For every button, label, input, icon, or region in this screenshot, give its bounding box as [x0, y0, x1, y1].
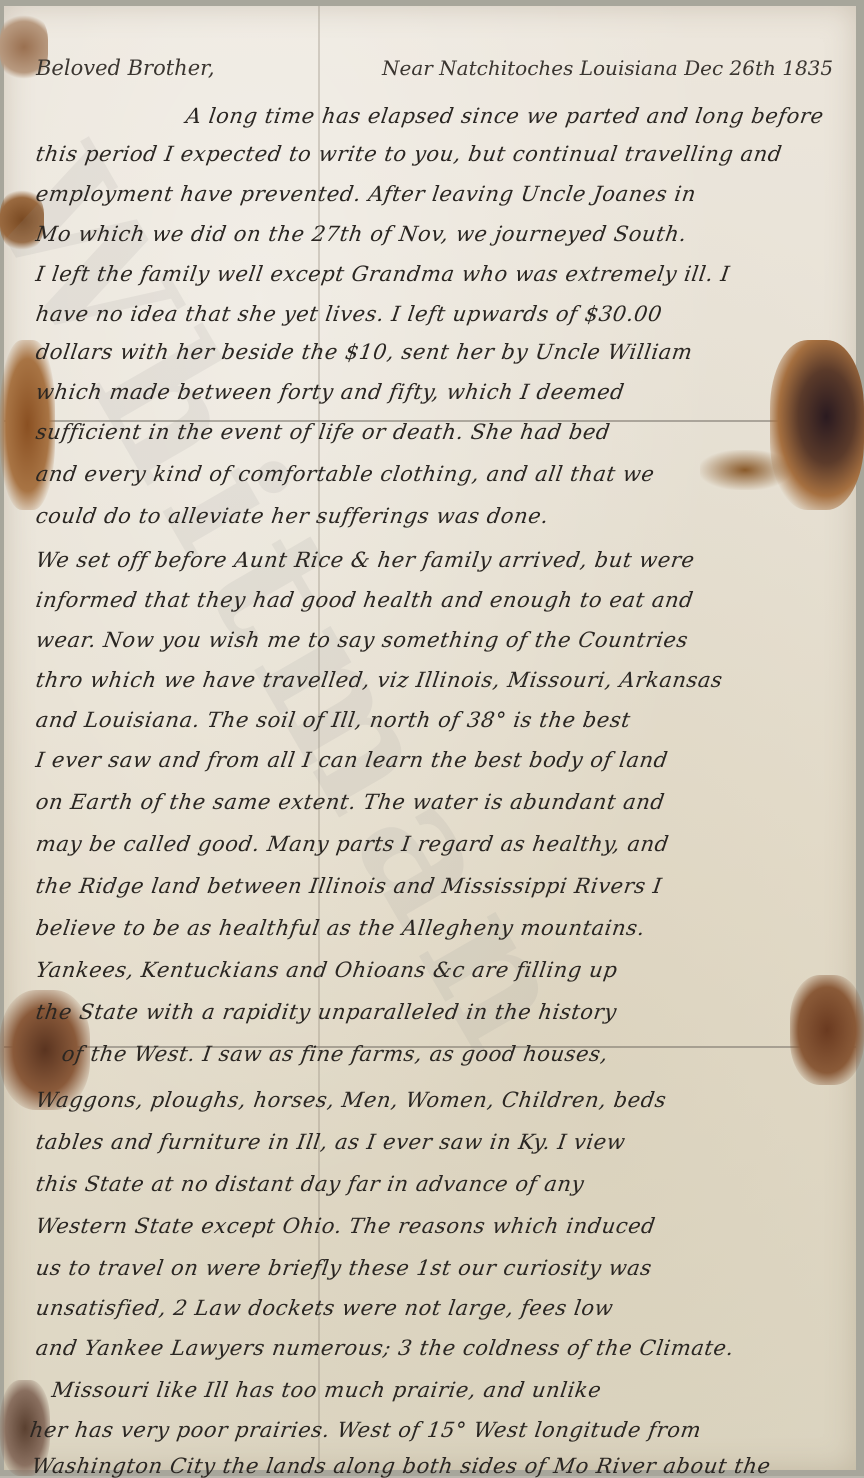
letter-line: this State at no distant day far in adva… — [34, 1172, 586, 1196]
letter-line: I ever saw and from all I can learn the … — [34, 748, 669, 772]
stain-right-mid — [770, 340, 864, 510]
letter-line: this period I expected to write to you, … — [34, 142, 783, 166]
letter-line: Yankees, Kentuckians and Ohioans &c are … — [34, 958, 619, 982]
letter-line: Missouri like Ill has too much prairie, … — [50, 1378, 603, 1402]
letter-line: sufficient in the event of life or death… — [34, 420, 612, 444]
salutation: Beloved Brother, — [36, 56, 215, 80]
letter-line: informed that they had good health and e… — [34, 588, 695, 612]
stain-right-lower — [790, 975, 864, 1085]
letter-line: of the West. I saw as fine farms, as goo… — [60, 1042, 609, 1066]
letter-line: and Louisiana. The soil of Ill, north of… — [34, 708, 632, 732]
letter-line: could do to alleviate her sufferings was… — [34, 504, 550, 528]
letter-line: and Yankee Lawyers numerous; 3 the coldn… — [34, 1336, 735, 1360]
letter-line: Mo which we did on the 27th of Nov, we j… — [34, 222, 688, 246]
letter-line: Western State except Ohio. The reasons w… — [34, 1214, 657, 1238]
letter-line: wear. Now you wish me to say something o… — [34, 628, 689, 652]
letter-line: We set off before Aunt Rice & her family… — [34, 548, 696, 572]
letter-line: thro which we have travelled, viz Illino… — [34, 668, 724, 692]
letter-line: tables and furniture in Ill, as I ever s… — [34, 1130, 627, 1154]
letter-line: the Ridge land between Illinois and Miss… — [34, 874, 663, 898]
letter-line: her has very poor prairies. West of 15° … — [28, 1418, 703, 1442]
letter-line: on Earth of the same extent. The water i… — [34, 790, 666, 814]
letter-line: and every kind of comfortable clothing, … — [34, 462, 656, 486]
letter-line: A long time has elapsed since we parted … — [184, 104, 825, 128]
dateline: Near Natchitoches Louisiana Dec 26th 183… — [382, 56, 833, 80]
letter-line: dollars with her beside the $10, sent he… — [34, 340, 694, 364]
stain-right-small — [700, 450, 790, 490]
letter-line: unsatisfied, 2 Law dockets were not larg… — [34, 1296, 615, 1320]
letter-line: believe to be as healthful as the Allegh… — [34, 916, 646, 940]
letter-line: the State with a rapidity unparalleled i… — [34, 1000, 618, 1024]
letter-line: Washington City the lands along both sid… — [30, 1454, 772, 1476]
letter-line: I left the family well except Grandma wh… — [34, 262, 731, 286]
letter-line: which made between forty and fifty, whic… — [34, 380, 626, 404]
letter-line: Waggons, ploughs, horses, Men, Women, Ch… — [34, 1088, 668, 1112]
letter-line: employment have prevented. After leaving… — [34, 182, 697, 206]
letter-line: may be called good. Many parts I regard … — [34, 832, 670, 856]
letter-header: Beloved Brother, Near Natchitoches Louis… — [36, 56, 836, 86]
letter-line: us to travel on were briefly these 1st o… — [34, 1256, 653, 1280]
letter-line: have no idea that she yet lives. I left … — [34, 302, 663, 326]
